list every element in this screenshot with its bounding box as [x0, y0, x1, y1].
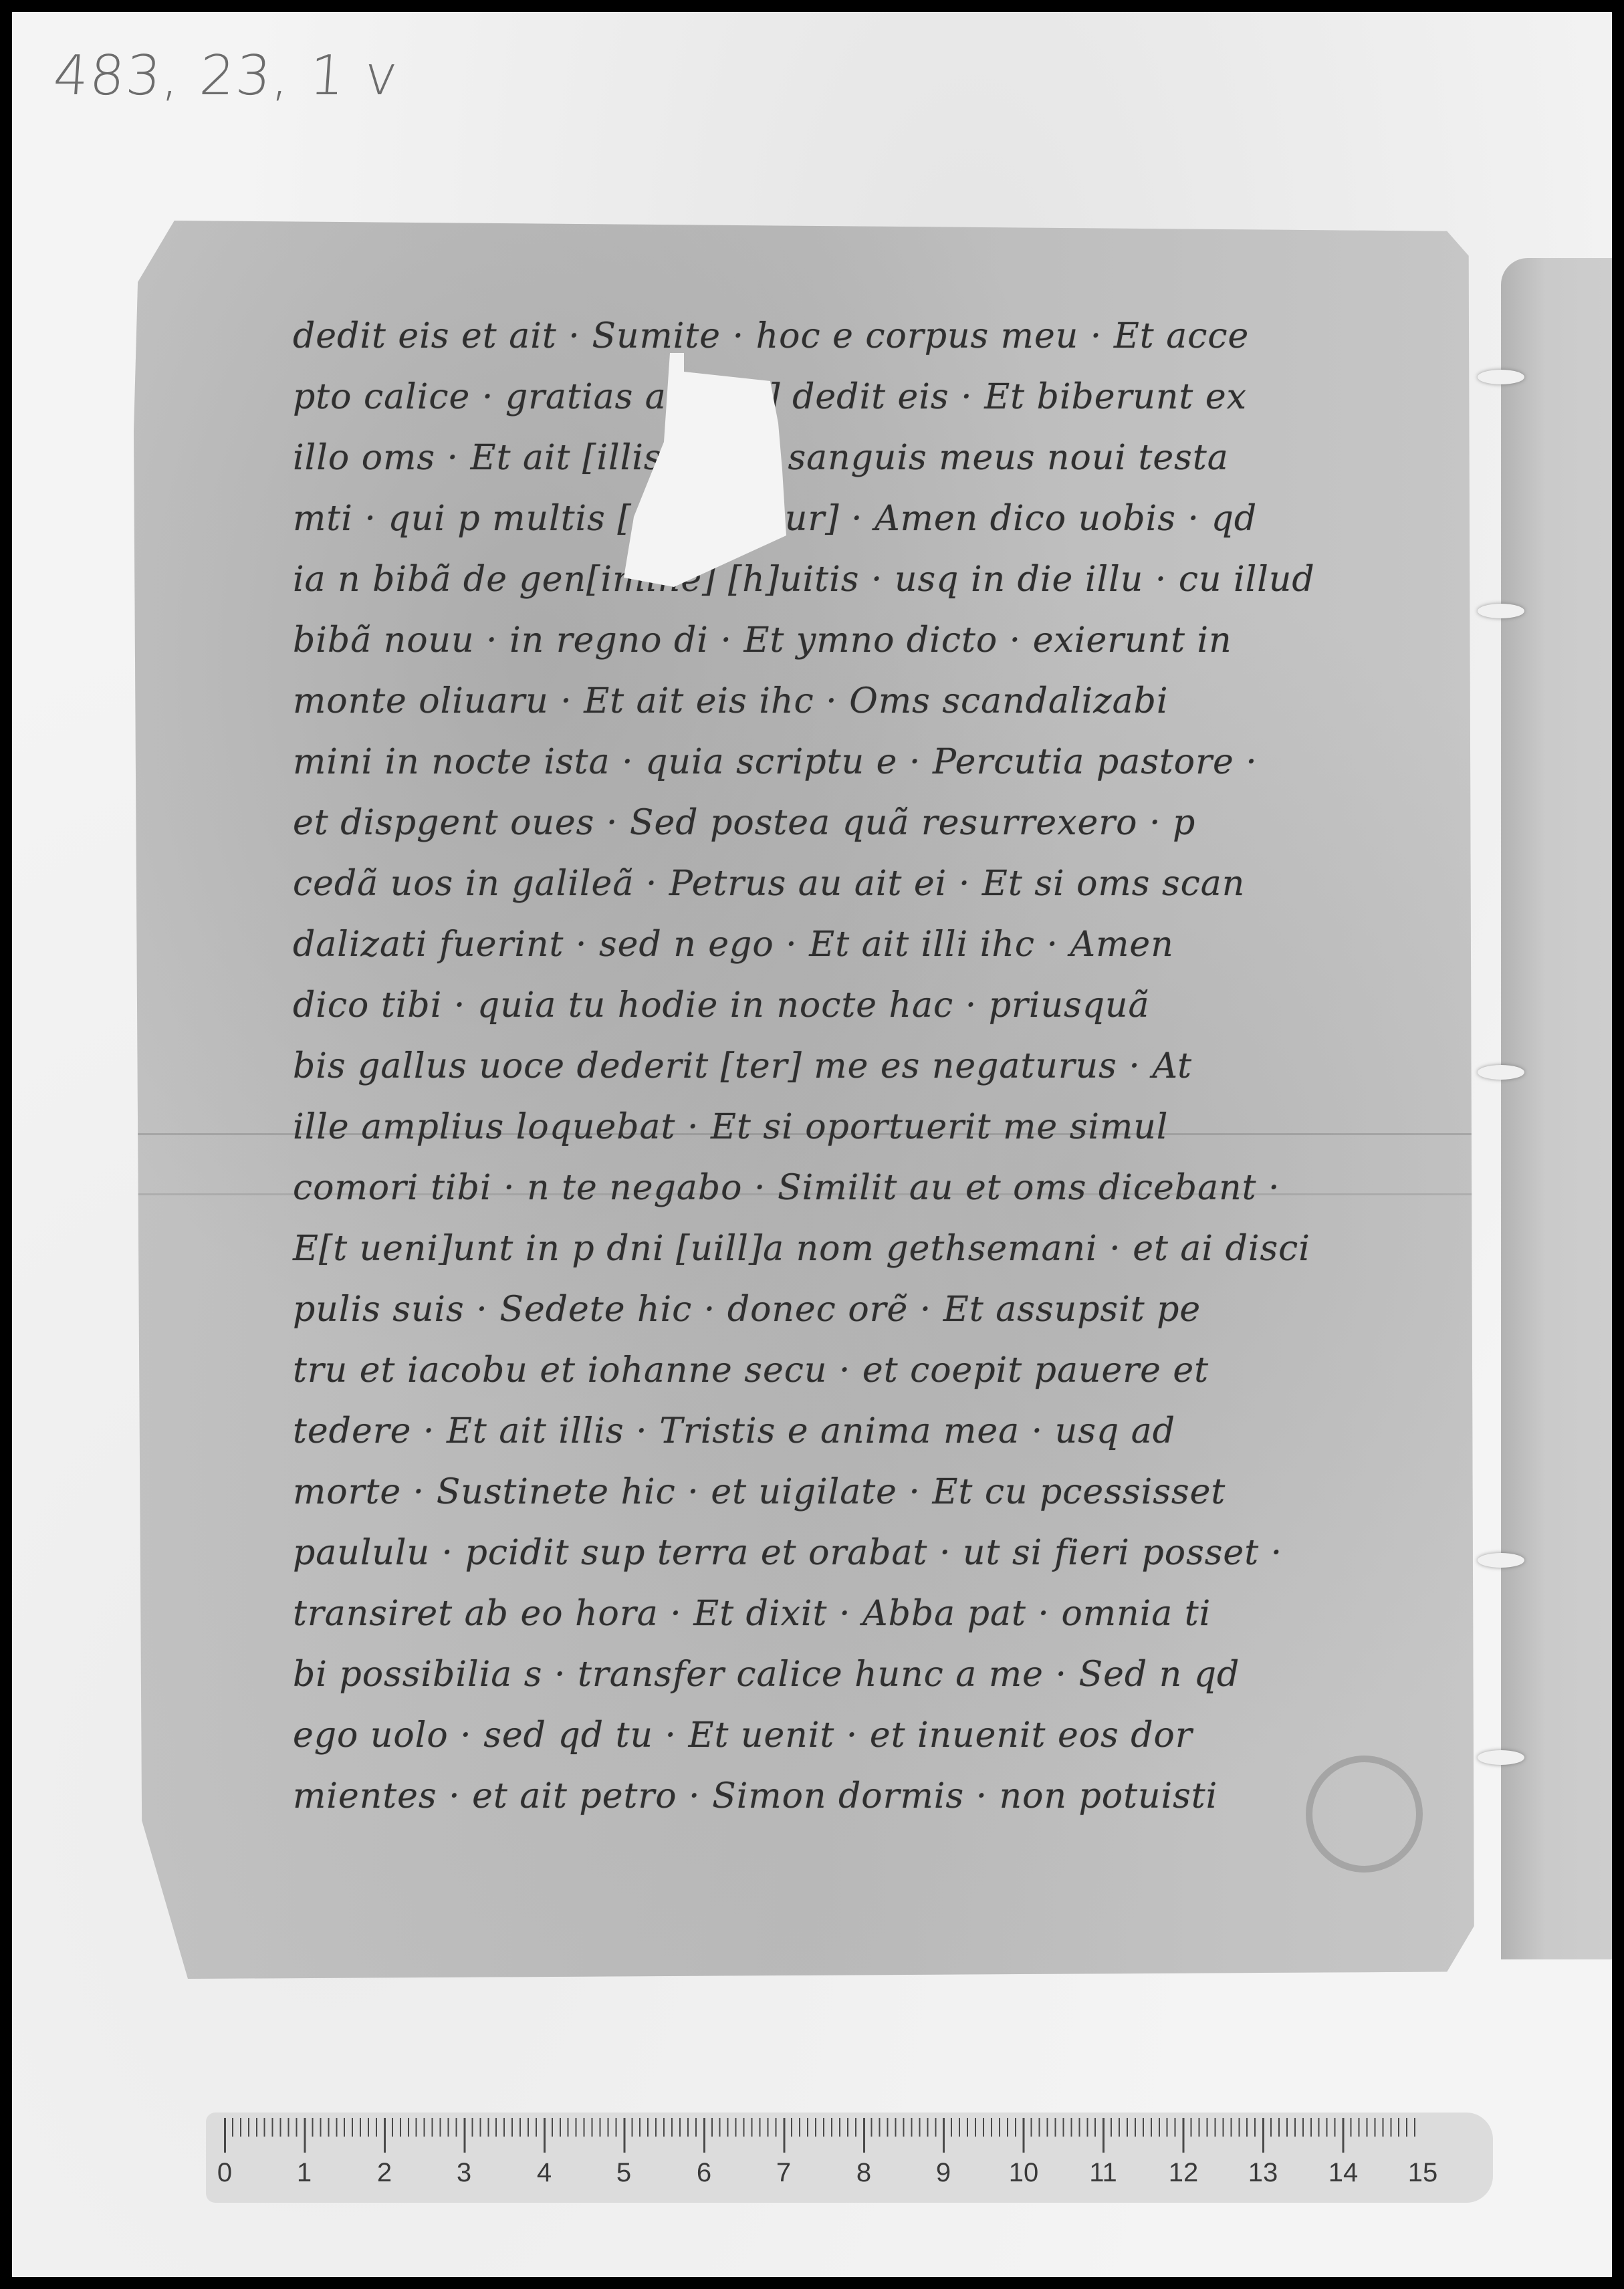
sewing-hole	[1478, 1750, 1524, 1765]
sewing-hole	[1478, 1553, 1524, 1568]
ruler-label: 8	[856, 2158, 871, 2188]
ruler-label: 1	[297, 2158, 312, 2188]
text-line: morte · Sustinete hic · et uigilate · Et…	[293, 1462, 1316, 1523]
text-line: et dispgent oues · Sed postea quã resurr…	[293, 793, 1316, 854]
ruler-label: 13	[1248, 2158, 1278, 2188]
text-line: illo oms · Et ait [illis hic] e sanguis …	[293, 428, 1316, 489]
shelfmark-pencil-note: 483, 23, 1 v	[51, 44, 401, 108]
sewing-hole	[1478, 370, 1524, 384]
text-line: dedit eis et ait · Sumite · hoc e corpus…	[293, 306, 1316, 367]
text-line: pulis suis · Sedete hic · donec orẽ · Et…	[293, 1280, 1316, 1340]
ruler-label: 14	[1328, 2158, 1359, 2188]
ruler-label: 0	[217, 2158, 232, 2188]
scale-ruler: 0 1 2 3 4 5 6 7 8 9 10 11 12 13 14 15	[206, 2113, 1493, 2203]
ruler-label: 6	[697, 2158, 711, 2188]
text-line: pto calice · gratias a[gens] dedit eis ·…	[293, 367, 1316, 428]
sewing-hole	[1478, 1065, 1524, 1080]
ruler-label: 11	[1089, 2158, 1117, 2188]
ruler-label: 9	[936, 2158, 951, 2188]
text-line: monte oliuaru · Et ait eis ihc · Oms sca…	[293, 671, 1316, 732]
text-line: dico tibi · quia tu hodie in nocte hac ·…	[293, 975, 1316, 1036]
text-line: ego uolo · sed qd tu · Et uenit · et inu…	[293, 1705, 1316, 1766]
text-line: bis gallus uoce dederit [ter] me es nega…	[293, 1036, 1316, 1097]
text-line: transiret ab eo hora · Et dixit · Abba p…	[293, 1584, 1316, 1645]
ruler-label: 10	[1009, 2158, 1039, 2188]
sewing-hole	[1478, 604, 1524, 618]
ruler-label: 2	[377, 2158, 392, 2188]
text-line: mientes · et ait petro · Simon dormis · …	[293, 1766, 1316, 1827]
photo-frame: 483, 23, 1 v dedit eis et ait · Sumite ·…	[12, 12, 1612, 2277]
text-line: dalizati fuerint · sed n ego · Et ait il…	[293, 915, 1316, 975]
text-line: comori tibi · n te negabo · Similit au e…	[293, 1158, 1316, 1219]
text-line: E[t ueni]unt in p dni [uill]a nom gethse…	[293, 1219, 1316, 1280]
ruler-label: 5	[616, 2158, 631, 2188]
ruler-label: 12	[1169, 2158, 1199, 2188]
text-line: paululu · pcidit sup terra et orabat · u…	[293, 1523, 1316, 1584]
ruler-label: 3	[457, 2158, 471, 2188]
text-line: bi possibilia s · transfer calice hunc a…	[293, 1645, 1316, 1705]
library-stamp	[1306, 1756, 1423, 1873]
manuscript-text: dedit eis et ait · Sumite · hoc e corpus…	[293, 306, 1316, 1827]
text-line: bibã nouu · in regno di · Et ymno dicto …	[293, 610, 1316, 671]
text-line: ia n bibã de gen[imine] [h]uitis · usq i…	[293, 550, 1316, 610]
text-line: tedere · Et ait illis · Tristis e anima …	[293, 1401, 1316, 1462]
ruler-labels: 0 1 2 3 4 5 6 7 8 9 10 11 12 13 14 15	[206, 2158, 1493, 2191]
binding-stub-leaf	[1501, 258, 1612, 1959]
ruler-label: 7	[776, 2158, 791, 2188]
text-line: tru et iacobu et iohanne secu · et coepi…	[293, 1340, 1316, 1401]
ruler-ticks	[224, 2118, 1422, 2153]
text-line: cedã uos in galileã · Petrus au ait ei ·…	[293, 854, 1316, 915]
text-line: ille amplius loquebat · Et si oportuerit…	[293, 1097, 1316, 1158]
ruler-label: 4	[537, 2158, 552, 2188]
text-line: mti · qui p multis [effundetur] · Amen d…	[293, 489, 1316, 550]
ruler-label: 15	[1408, 2158, 1438, 2188]
text-line: mini in nocte ista · quia scriptu e · Pe…	[293, 732, 1316, 793]
